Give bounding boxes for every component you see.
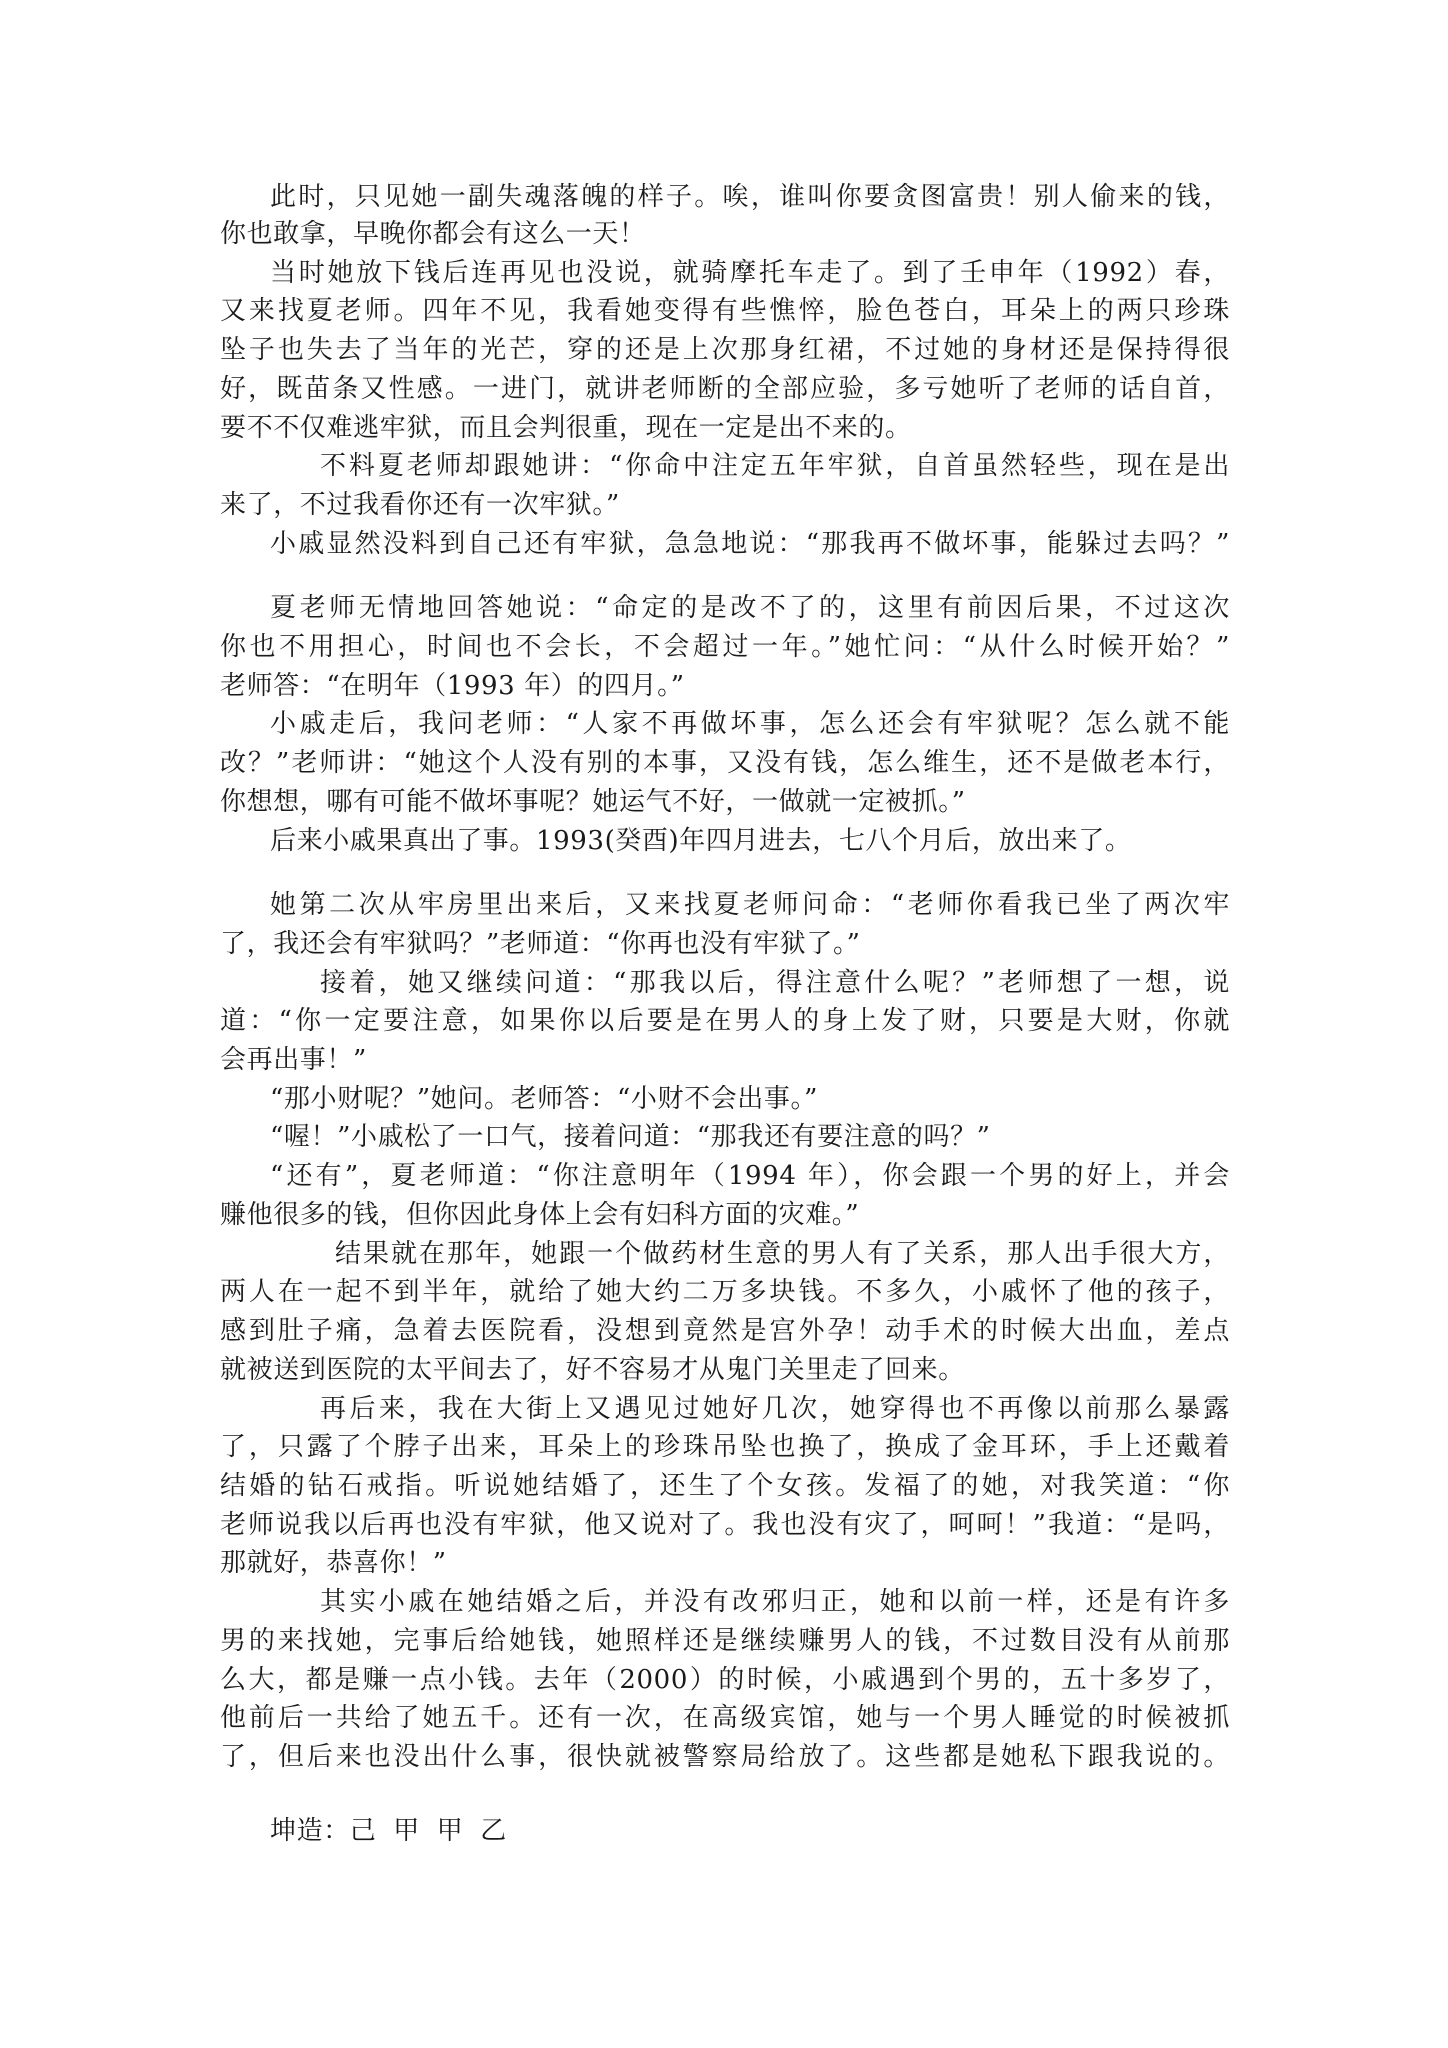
text-line: 结婚的钻石戒指。听说她结婚了，还生了个女孩。发福了的她，对我笑道：“你 [220,1469,1230,1503]
text-line: 其实小戚在她结婚之后，并没有改邪归正，她和以前一样，还是有许多 [320,1585,1230,1619]
text-line: 他前后一共给了她五千。还有一次，在高级宾馆，她与一个男人睡觉的时候被抓 [220,1701,1230,1735]
text-line: 么大，都是赚一点小钱。去年（2000）的时候，小戚遇到个男的，五十多岁了， [220,1663,1230,1697]
text-line: 又来找夏老师。四年不见，我看她变得有些憔悴，脸色苍白，耳朵上的两只珍珠 [220,294,1230,328]
text-line: 坠子也失去了当年的光芒，穿的还是上次那身红裙，不过她的身材还是保持得很 [220,333,1230,367]
text-line: 要不不仅难逃牢狱，而且会判很重，现在一定是出不来的。 [220,411,1230,445]
text-line: 不料夏老师却跟她讲：“你命中注定五年牢狱，自首虽然轻些，现在是出 [320,449,1230,483]
text-line: “还有”，夏老师道：“你注意明年（1994 年），你会跟一个男的好上，并会 [270,1159,1230,1193]
text-line: 来了，不过我看你还有一次牢狱。” [220,488,1230,522]
text-line: 两人在一起不到半年，就给了她大约二万多块钱。不多久，小戚怀了他的孩子， [220,1275,1230,1309]
text-line: “那小财呢？”她问。老师答：“小财不会出事。” [270,1082,1230,1116]
birth-chart-label: 坤造：己 甲 甲 乙 [270,1814,1280,1848]
text-line: 那就好，恭喜你！” [220,1546,1230,1580]
text-line: 结果就在那年，她跟一个做药材生意的男人有了关系，那人出手很大方， [335,1237,1230,1271]
text-line: 再后来，我在大街上又遇见过她好几次，她穿得也不再像以前那么暴露 [320,1392,1230,1426]
text-line: 就被送到医院的太平间去了，好不容易才从鬼门关里走了回来。 [220,1353,1230,1387]
text-line: 了，只露了个脖子出来，耳朵上的珍珠吊坠也换了，换成了金耳环，手上还戴着 [220,1430,1230,1464]
text-line: 道：“你一定要注意，如果你以后要是在男人的身上发了财，只要是大财，你就 [220,1004,1230,1038]
text-line: 好，既苗条又性感。一进门，就讲老师断的全部应验，多亏她听了老师的话自首， [220,372,1230,406]
text-line: 感到肚子痛，急着去医院看，没想到竟然是宫外孕！动手术的时候大出血，差点 [220,1314,1230,1348]
text-line: 你也敢拿，早晚你都会有这么一天！ [220,217,1230,251]
text-line: 小戚走后，我问老师：“人家不再做坏事，怎么还会有牢狱呢？怎么就不能 [270,707,1230,741]
text-line: 你也不用担心，时间也不会长，不会超过一年。”她忙问：“从什么时候开始？” [220,630,1230,664]
text-line: 她第二次从牢房里出来后，又来找夏老师问命：“老师你看我已坐了两次牢 [270,888,1230,922]
text-line: 了，我还会有牢狱吗？”老师道：“你再也没有牢狱了。” [220,927,1230,961]
text-line: 当时她放下钱后连再见也没说，就骑摩托车走了。到了壬申年（1992）春， [270,256,1230,290]
text-line: 你想想，哪有可能不做坏事呢？她运气不好，一做就一定被抓。” [220,785,1230,819]
text-line: 此时，只见她一副失魂落魄的样子。唉，谁叫你要贪图富贵！别人偷来的钱， [270,180,1230,214]
text-line: 老师说我以后再也没有牢狱，他又说对了。我也没有灾了，呵呵！”我道：“是吗， [220,1508,1230,1542]
text-line: 小戚显然没料到自己还有牢狱，急急地说：“那我再不做坏事，能躲过去吗？” [270,527,1230,561]
text-line: 接着，她又继续问道：“那我以后，得注意什么呢？”老师想了一想，说 [320,966,1230,1000]
text-line: 夏老师无情地回答她说：“命定的是改不了的，这里有前因后果，不过这次 [270,591,1230,625]
text-line: 男的来找她，完事后给她钱，她照样还是继续赚男人的钱，不过数目没有从前那 [220,1624,1230,1658]
text-line: 赚他很多的钱，但你因此身体上会有妇科方面的灾难。” [220,1198,1230,1232]
text-line: 老师答：“在明年（1993 年）的四月。” [220,669,1230,703]
text-line: 了，但后来也没出什么事，很快就被警察局给放了。这些都是她私下跟我说的。 [220,1740,1230,1774]
text-line: 改？”老师讲：“她这个人没有别的本事，又没有钱，怎么维生，还不是做老本行， [220,746,1230,780]
text-line: 后来小戚果真出了事。1993(癸酉)年四月进去，七八个月后，放出来了。 [270,824,1230,858]
text-line: 会再出事！” [220,1043,1230,1077]
text-line: “喔！”小戚松了一口气，接着问道：“那我还有要注意的吗？” [270,1120,1230,1154]
document-page: 此时，只见她一副失魂落魄的样子。唉，谁叫你要贪图富贵！别人偷来的钱，你也敢拿，早… [0,0,1448,2048]
